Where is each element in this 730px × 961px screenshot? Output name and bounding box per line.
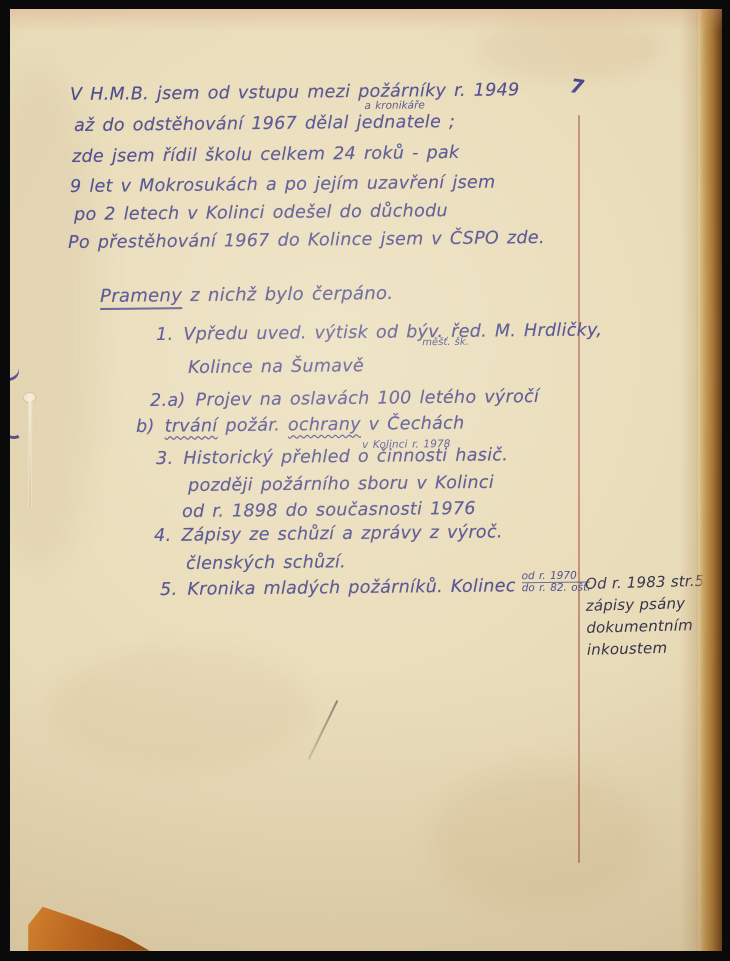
item-2b-end: v Čechách — [361, 414, 465, 435]
source-item-2-line-b: b)trvání požár. ochrany v Čechách — [136, 414, 465, 437]
binding-stitch-thread — [29, 397, 31, 507]
item-2b-mid: požár. — [217, 415, 288, 436]
sources-heading: Prameny z nichž bylo čerpáno. — [100, 283, 393, 307]
facing-page-ink-fragment — [10, 414, 27, 441]
line2-word-with-insert: a kronikářejednatele — [356, 112, 441, 133]
item-5-date-note: od r. 1970do r. 82. ošt. — [522, 570, 591, 594]
source-item-3-line-1: 3.Historický přehled o činnosti hasič. — [156, 445, 508, 469]
ruled-margin-line — [578, 115, 580, 863]
source-item-2-line-a: 2.a)Projev na oslavách 100 letého výročí — [150, 387, 539, 411]
item-2b-underlined-1: trvání — [165, 416, 218, 437]
paper-stain — [480, 19, 660, 79]
source-item-3-line-3: od r. 1898 do současnosti 1976 — [182, 499, 476, 522]
item-5-text: Kronika mladých požárníků. Kolinec — [187, 576, 516, 599]
item-5-date-to: do r. 82. ošt. — [522, 582, 591, 594]
item-5-marker: 5. — [160, 580, 178, 600]
item-1-author: M. Hrdličky, — [487, 320, 602, 341]
paragraph-line-2: až do odstěhování 1967 dělal a kronikáře… — [74, 112, 455, 136]
source-item-5-line: 5.Kronika mladých požárníků. Kolinecod r… — [160, 575, 591, 600]
item-1-ref: býv. řed.měšť. šk. — [406, 322, 487, 343]
item-4-text: Zápisy ze schůzí a zprávy z výroč. — [181, 522, 502, 545]
paper-stain — [50, 649, 310, 769]
item-3-text: Historický přehled o činnosti hasič. — [183, 445, 508, 468]
sources-heading-rest: z nichž bylo čerpáno. — [182, 283, 393, 306]
paper-stain — [430, 769, 650, 909]
item-2a-text: Projev na oslavách 100 letého výročí — [195, 387, 539, 411]
photo-background: { "document": { "page_number": "7", "par… — [0, 0, 730, 961]
item-1-ref-subnote: měšť. šk. — [422, 337, 469, 348]
orange-cover-corner — [28, 897, 150, 951]
paragraph-line-4: 9 let v Mokrosukách a po jejím uzavření … — [70, 173, 495, 197]
source-item-1-line-2: Kolince na Šumavě — [188, 356, 364, 378]
paragraph-line-5: po 2 letech v Kolinci odešel do důchodu — [74, 201, 448, 225]
paragraph-line-1: V H.M.B. jsem od vstupu mezi požárníky r… — [70, 80, 520, 105]
pencil-slash-mark — [308, 700, 339, 760]
source-item-4-line-1: 4.Zápisy ze schůzí a zprávy z výroč. — [154, 522, 503, 546]
page-stack-edge — [696, 9, 722, 951]
sources-heading-underlined: Prameny — [100, 285, 182, 310]
paper-stain — [10, 69, 100, 569]
paragraph-line-3: zde jsem řídil školu celkem 24 roků - pa… — [72, 143, 460, 167]
item-1-text: Vpředu uved. výtisk od — [183, 322, 406, 344]
item-1-marker: 1. — [156, 325, 174, 345]
source-item-3-line-2: později požárního sboru v Kolinci — [188, 473, 494, 496]
inserted-correction: a kronikáře — [364, 99, 425, 112]
item-3-marker: 3. — [156, 449, 174, 469]
paragraph-line-6: Po přestěhování 1967 do Kolince jsem v Č… — [68, 228, 545, 253]
source-item-4-line-2: členských schůzí. — [186, 552, 346, 574]
item-4-marker: 4. — [154, 526, 172, 546]
source-item-1-line-1: 1.Vpředu uved. výtisk od býv. řed.měšť. … — [156, 320, 602, 345]
scanned-notebook-page: 7 V H.M.B. jsem od vstupu mezi požárníky… — [10, 9, 722, 951]
facing-page-ink-fragment — [10, 365, 22, 382]
line2-end: ; — [441, 112, 455, 132]
line2-text: až do odstěhování 1967 dělal — [74, 113, 357, 136]
item-2b-marker: b) — [136, 417, 155, 437]
page-number: 7 — [569, 75, 585, 99]
item-2b-underlined-2: ochrany — [288, 415, 361, 436]
line2-word: jednatele — [356, 112, 441, 133]
item-2a-marker: 2.a) — [150, 391, 186, 411]
